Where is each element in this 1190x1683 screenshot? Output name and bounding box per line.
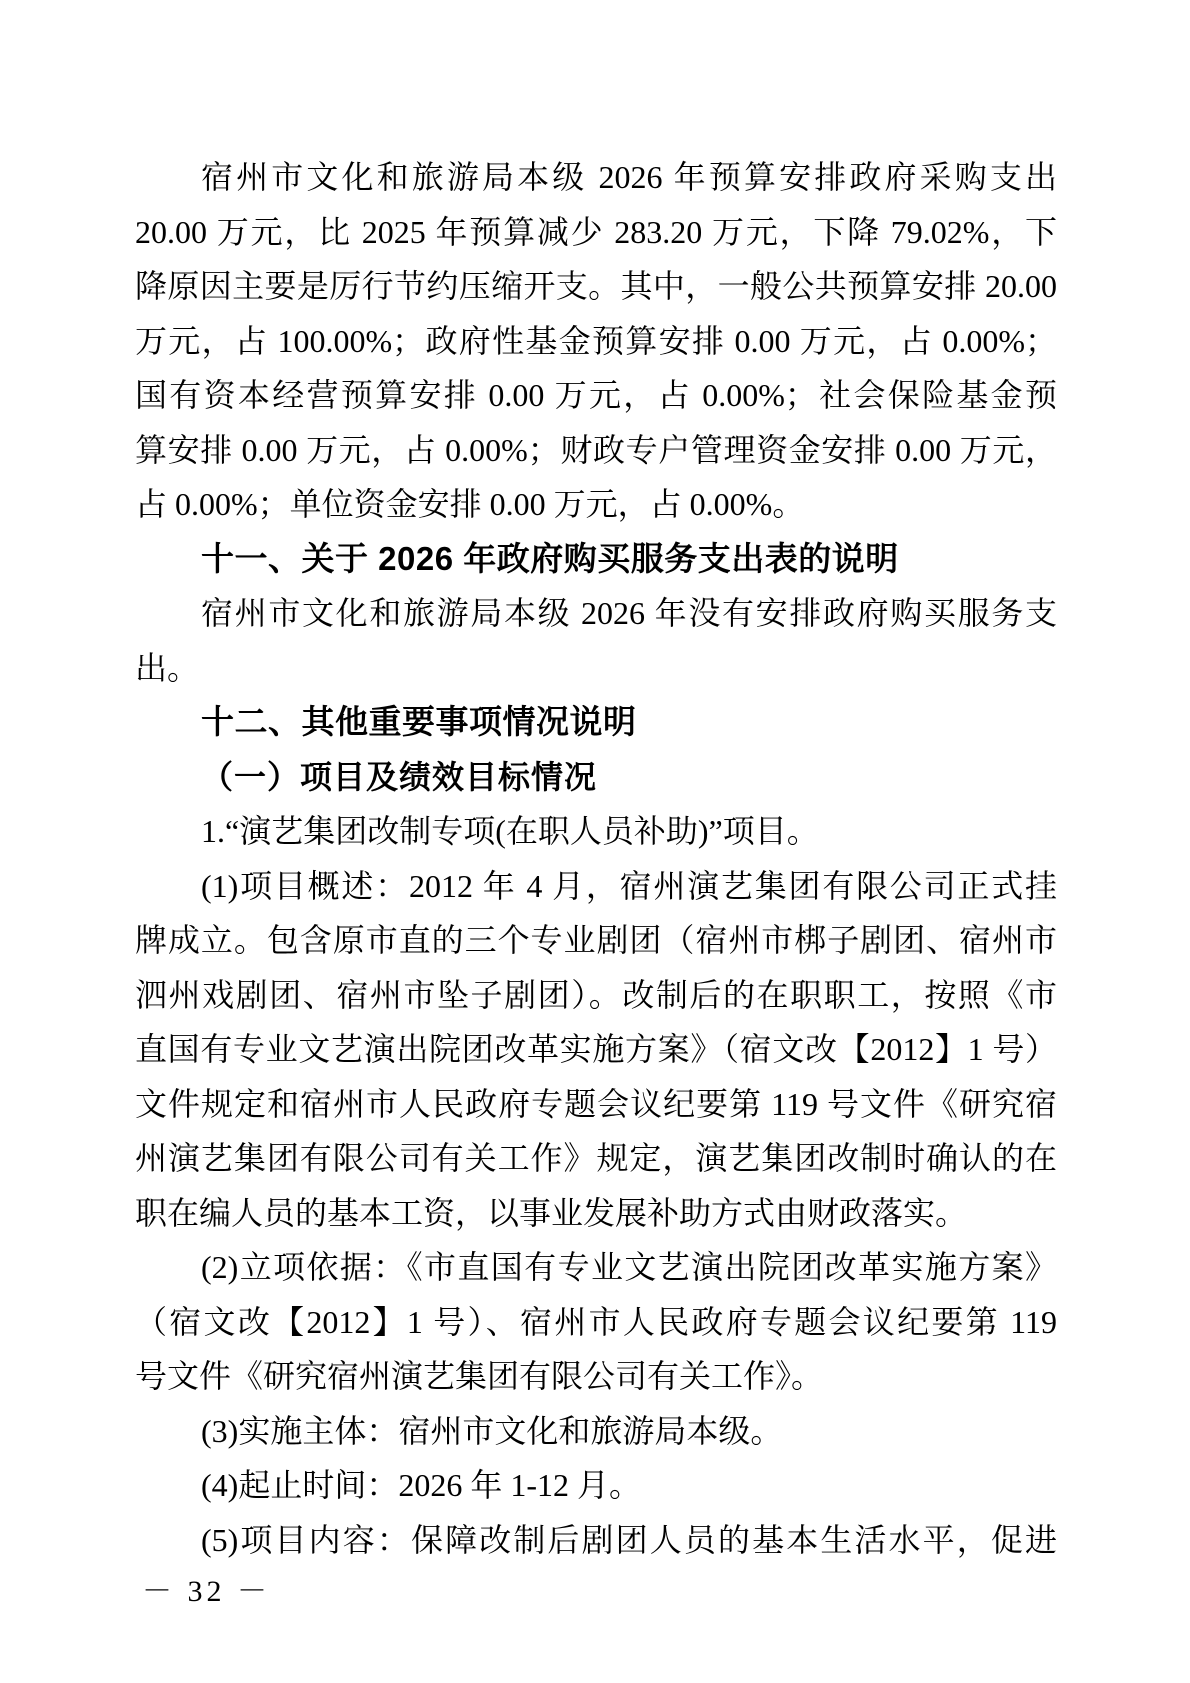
text-line: 泗州戏剧团、宿州市坠子剧团）。改制后的在职职工，按照《市: [135, 968, 1057, 1023]
sub-heading: （一）项目及绩效目标情况: [135, 750, 1057, 805]
section-heading: 十一、关于 2026 年政府购买服务支出表的说明: [135, 532, 1057, 587]
text-line: 20.00 万元，比 2025 年预算减少 283.20 万元，下降 79.02…: [135, 205, 1057, 260]
document-page: 宿州市文化和旅游局本级 2026 年预算安排政府采购支出 20.00 万元，比 …: [0, 0, 1190, 1683]
text-line: 宿州市文化和旅游局本级 2026 年没有安排政府购买服务支: [135, 586, 1057, 641]
text-line: 职在编人员的基本工资，以事业发展补助方式由财政落实。: [135, 1186, 1057, 1241]
text-line: 州演艺集团有限公司有关工作》规定，演艺集团改制时确认的在: [135, 1131, 1057, 1186]
text-line: 占 0.00%；单位资金安排 0.00 万元，占 0.00%。: [135, 477, 1057, 532]
text-line: 牌成立。包含原市直的三个专业剧团（宿州市梆子剧团、宿州市: [135, 913, 1057, 968]
text-line: (1)项目概述：2012 年 4 月，宿州演艺集团有限公司正式挂: [135, 859, 1057, 914]
page-number-text: － 32 －: [142, 1575, 271, 1608]
text-line: 文件规定和宿州市人民政府专题会议纪要第 119 号文件《研究宿: [135, 1077, 1057, 1132]
text-line: (3)实施主体：宿州市文化和旅游局本级。: [135, 1404, 1057, 1459]
text-line: 万元，占 100.00%；政府性基金预算安排 0.00 万元，占 0.00%；: [135, 314, 1057, 369]
text-line: 降原因主要是厉行节约压缩开支。其中，一般公共预算安排 20.00: [135, 259, 1057, 314]
text-line: 出。: [135, 641, 1057, 696]
text-line: （宿文改【2012】1 号）、宿州市人民政府专题会议纪要第 119: [135, 1295, 1057, 1350]
text-line: 直国有专业文艺演出院团改革实施方案》（宿文改【2012】1 号）: [135, 1022, 1057, 1077]
text-line: (5)项目内容：保障改制后剧团人员的基本生活水平，促进: [135, 1513, 1057, 1568]
text-line: 宿州市文化和旅游局本级 2026 年预算安排政府采购支出: [135, 150, 1057, 205]
page-number: － 32 －: [142, 1566, 271, 1610]
section-heading: 十二、其他重要事项情况说明: [135, 695, 1057, 750]
text-line: (4)起止时间：2026 年 1-12 月。: [135, 1458, 1057, 1513]
text-line: 算安排 0.00 万元，占 0.00%；财政专户管理资金安排 0.00 万元，: [135, 423, 1057, 478]
text-line: 国有资本经营预算安排 0.00 万元，占 0.00%；社会保险基金预: [135, 368, 1057, 423]
text-line: (2)立项依据：《市直国有专业文艺演出院团改革实施方案》: [135, 1240, 1057, 1295]
document-body: 宿州市文化和旅游局本级 2026 年预算安排政府采购支出 20.00 万元，比 …: [135, 150, 1057, 1567]
text-line: 1.“演艺集团改制专项(在职人员补助)”项目。: [135, 804, 1057, 859]
text-line: 号文件《研究宿州演艺集团有限公司有关工作》。: [135, 1349, 1057, 1404]
